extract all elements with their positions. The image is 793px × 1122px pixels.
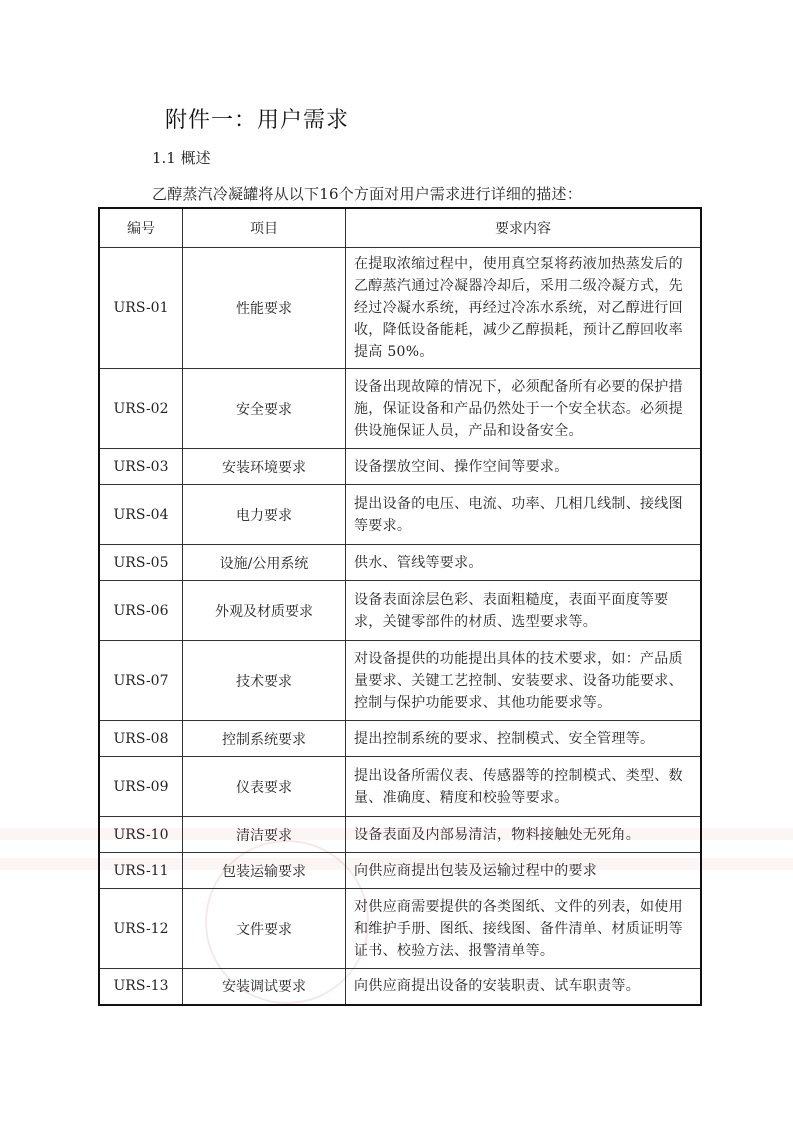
table-row: URS-08控制系统要求提出控制系统的要求、控制模式、安全管理等。 [99,721,701,757]
cell-item: 性能要求 [183,248,346,369]
cell-item: 安装环境要求 [183,449,346,485]
table-row: URS-01性能要求在提取浓缩过程中，使用真空泵将药液加热蒸发后的乙醇蒸汽通过冷… [99,248,701,369]
cell-id: URS-11 [99,853,183,889]
cell-id: URS-03 [99,449,183,485]
cell-item: 技术要求 [183,641,346,721]
cell-id: URS-13 [99,969,183,1005]
cell-content: 向供应商提出设备的安装职责、试车职责等。 [346,969,702,1005]
table-header-row: 编号 项目 要求内容 [99,208,701,248]
section-heading: 1.1 概述 [152,147,211,168]
cell-id: URS-12 [99,889,183,969]
cell-item: 仪表要求 [183,757,346,817]
requirements-table: 编号 项目 要求内容 URS-01性能要求在提取浓缩过程中，使用真空泵将药液加热… [98,207,702,1006]
cell-id: URS-02 [99,369,183,449]
table-row: URS-02安全要求设备出现故障的情况下，必须配备所有必要的保护措施，保证设备和… [99,369,701,449]
table-row: URS-07技术要求对设备提供的功能提出具体的技术要求，如：产品质量要求、关键工… [99,641,701,721]
table-row: URS-06外观及材质要求设备表面涂层色彩、表面粗糙度，表面平面度等要求，关键零… [99,581,701,641]
cell-content: 设备表面涂层色彩、表面粗糙度，表面平面度等要求，关键零部件的材质、选型要求等。 [346,581,702,641]
cell-id: URS-07 [99,641,183,721]
table-row: URS-05设施/公用系统供水、管线等要求。 [99,545,701,581]
table-row: URS-12文件要求对供应商需要提供的各类图纸、文件的列表，如使用和维护手册、图… [99,889,701,969]
table-row: URS-10清洁要求设备表面及内部易清洁，物料接触处无死角。 [99,817,701,853]
cell-id: URS-05 [99,545,183,581]
intro-paragraph: 乙醇蒸汽冷凝罐将从以下16个方面对用户需求进行详细的描述： [152,183,582,204]
cell-item: 外观及材质要求 [183,581,346,641]
cell-id: URS-10 [99,817,183,853]
cell-item: 电力要求 [183,485,346,545]
header-content: 要求内容 [346,208,702,248]
cell-id: URS-08 [99,721,183,757]
table-row: URS-03安装环境要求设备摆放空间、操作空间等要求。 [99,449,701,485]
cell-content: 对设备提供的功能提出具体的技术要求，如：产品质量要求、关键工艺控制、安装要求、设… [346,641,702,721]
table-row: URS-13安装调试要求向供应商提出设备的安装职责、试车职责等。 [99,969,701,1005]
cell-content: 提出设备的电压、电流、功率、几相几线制、接线图等要求。 [346,485,702,545]
table-row: URS-09仪表要求提出设备所需仪表、传感器等的控制模式、类型、数量、准确度、精… [99,757,701,817]
cell-item: 包装运输要求 [183,853,346,889]
cell-id: URS-04 [99,485,183,545]
cell-content: 供水、管线等要求。 [346,545,702,581]
cell-content: 向供应商提出包装及运输过程中的要求 [346,853,702,889]
cell-content: 提出设备所需仪表、传感器等的控制模式、类型、数量、准确度、精度和校验等要求。 [346,757,702,817]
header-item: 项目 [183,208,346,248]
cell-content: 提出控制系统的要求、控制模式、安全管理等。 [346,721,702,757]
cell-id: URS-01 [99,248,183,369]
cell-item: 设施/公用系统 [183,545,346,581]
table-row: URS-04电力要求提出设备的电压、电流、功率、几相几线制、接线图等要求。 [99,485,701,545]
cell-content: 设备表面及内部易清洁，物料接触处无死角。 [346,817,702,853]
cell-id: URS-09 [99,757,183,817]
cell-content: 对供应商需要提供的各类图纸、文件的列表，如使用和维护手册、图纸、接线图、备件清单… [346,889,702,969]
cell-content: 设备摆放空间、操作空间等要求。 [346,449,702,485]
cell-item: 文件要求 [183,889,346,969]
cell-item: 清洁要求 [183,817,346,853]
page-title: 附件一：用户需求 [165,103,349,134]
cell-item: 安全要求 [183,369,346,449]
cell-item: 控制系统要求 [183,721,346,757]
cell-item: 安装调试要求 [183,969,346,1005]
cell-content: 在提取浓缩过程中，使用真空泵将药液加热蒸发后的乙醇蒸汽通过冷凝器冷却后，采用二级… [346,248,702,369]
table-row: URS-11包装运输要求向供应商提出包装及运输过程中的要求 [99,853,701,889]
cell-content: 设备出现故障的情况下，必须配备所有必要的保护措施，保证设备和产品仍然处于一个安全… [346,369,702,449]
header-id: 编号 [99,208,183,248]
cell-id: URS-06 [99,581,183,641]
